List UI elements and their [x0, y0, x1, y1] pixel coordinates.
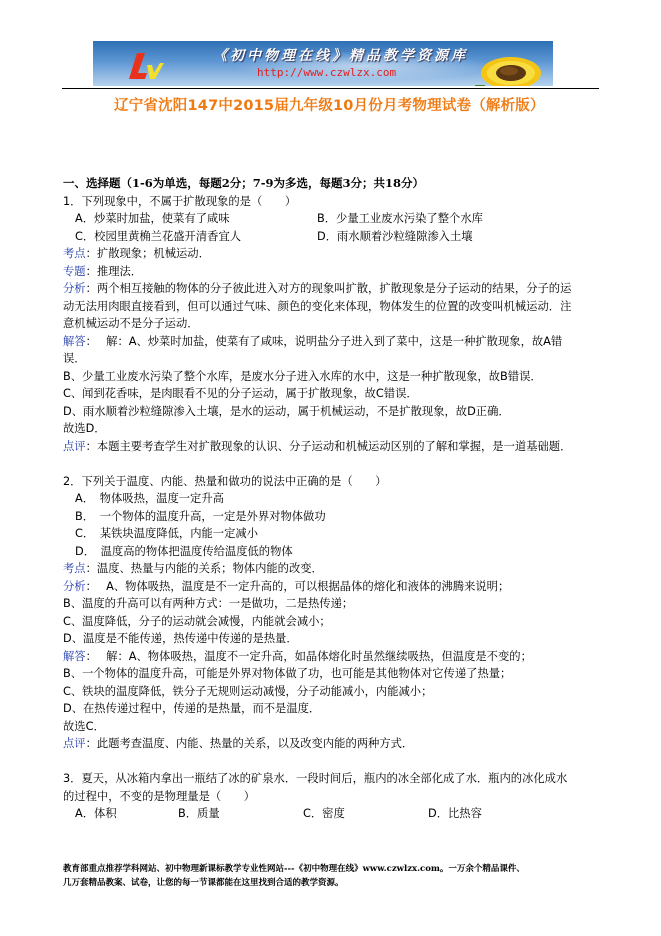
options-list: A． 物体吸热，温度一定升高 B． 一个物体的温度升高，一定是外界对物体做功 C…	[63, 490, 603, 560]
fenxi-label: 分析	[63, 282, 86, 295]
kaodian-text: ：扩散现象；机械运动．	[86, 247, 210, 260]
option-a: A． 物体吸热，温度一定升高	[75, 490, 603, 508]
dianping-label: 点评	[63, 737, 86, 750]
site-banner: 《初中物理在线》精品教学资源库 http://www.czwlzx.com	[93, 41, 553, 86]
spacer	[63, 753, 603, 771]
jieda-line: 误．	[63, 350, 603, 368]
jieda-line: C、铁块的温度降低，铁分子无规则运动减慢，分子动能减小，内能减小；	[63, 683, 603, 701]
document-body: 一、选择题（1-6为单选，每题2分；7-9为多选，每题3分；共18分） 1．下列…	[63, 175, 603, 823]
zhuanti-label: 专题	[63, 265, 86, 278]
option-d: D．比热容	[428, 805, 482, 823]
dianping: 点评：本题主要考查学生对扩散现象的认识、分子运动和机械运动区别的了解和掌握，是一…	[63, 438, 603, 456]
jieda-text: ： 解：A、炒菜时加盐，使菜有了咸味，说明盐分子进入到了菜中，这是一种扩散现象，…	[86, 335, 563, 348]
jieda: 解答： 解：A、物体吸热，温度不一定升高，如晶体熔化时虽然继续吸热，但温度是不变…	[63, 648, 603, 666]
kaodian-label: 考点	[63, 247, 86, 260]
option-c: C．校园里黄桷兰花盛开清香宜人	[75, 228, 317, 246]
question-stem: 3．夏天，从冰箱内拿出一瓶结了冰的矿泉水．一段时间后，瓶内的冰全部化成了水．瓶内…	[63, 770, 603, 788]
fenxi: 分析：两个相互接触的物体的分子彼此进入对方的现象叫扩散，扩散现象是分子运动的结果…	[63, 280, 603, 298]
options-row: C．校园里黄桷兰花盛开清香宜人 D．雨水顺着沙粒缝隙渗入土壤	[63, 228, 603, 246]
option-d: D．雨水顺着沙粒缝隙渗入土壤	[317, 228, 559, 246]
question-3: 3．夏天，从冰箱内拿出一瓶结了冰的矿泉水．一段时间后，瓶内的冰全部化成了水．瓶内…	[63, 770, 603, 823]
jieda-line: 故选C．	[63, 718, 603, 736]
lv-logo-icon	[125, 51, 165, 81]
kaodian: 考点：温度、热量与内能的关系；物体内能的改变．	[63, 560, 603, 578]
dianping: 点评：此题考查温度、内能、热量的关系，以及改变内能的两种方式．	[63, 735, 603, 753]
option-c: C．密度	[303, 805, 428, 823]
jieda-label: 解答	[63, 335, 86, 348]
header-divider	[62, 88, 599, 89]
dianping-label: 点评	[63, 440, 86, 453]
jieda: 解答： 解：A、炒菜时加盐，使菜有了咸味，说明盐分子进入到了菜中，这是一种扩散现…	[63, 333, 603, 351]
fenxi-text: ：两个相互接触的物体的分子彼此进入对方的现象叫扩散，扩散现象是分子运动的结果，分…	[86, 282, 572, 295]
dianping-text: ：本题主要考查学生对扩散现象的认识、分子运动和机械运动区别的了解和掌握，是一道基…	[86, 440, 572, 453]
option-a: A．体积	[75, 805, 178, 823]
option-b: B． 一个物体的温度升高，一定是外界对物体做功	[75, 508, 603, 526]
fenxi-line: C、温度降低，分子的运动就会减慢，内能就会减小；	[63, 613, 603, 631]
sunflower-icon	[471, 47, 545, 86]
question-1: 1．下列现象中，不属于扩散现象的是（ ） A．炒菜时加盐，使菜有了咸味 B．少量…	[63, 193, 603, 456]
fenxi-line: B、温度的升高可以有两种方式：一是做功，二是热传递；	[63, 595, 603, 613]
option-b: B．质量	[178, 805, 303, 823]
page-footer: 教育部重点推荐学科网站、初中物理新课标教学专业性网站---《初中物理在线》www…	[63, 862, 603, 890]
footer-line: 教育部重点推荐学科网站、初中物理新课标教学专业性网站---《初中物理在线》www…	[63, 862, 603, 876]
fenxi-line: D、温度是不能传递，热传递中传递的是热量．	[63, 630, 603, 648]
fenxi: 分析： A、物体吸热，温度是不一定升高的，可以根据晶体的熔化和液体的沸腾来说明；	[63, 578, 603, 596]
jieda-line: D、雨水顺着沙粒缝隙渗入土壤，是水的运动，属于机械运动，不是扩散现象，故D正确．	[63, 403, 603, 421]
option-b: B．少量工业废水污染了整个水库	[317, 210, 559, 228]
options-row: A．炒菜时加盐，使菜有了咸味 B．少量工业废水污染了整个水库	[63, 210, 603, 228]
spacer	[63, 455, 603, 473]
kaodian-label: 考点	[63, 562, 86, 575]
section-heading: 一、选择题（1-6为单选，每题2分；7-9为多选，每题3分；共18分）	[63, 175, 603, 193]
option-d: D． 温度高的物体把温度传给温度低的物体	[75, 543, 603, 561]
option-c: C． 某铁块温度降低，内能一定减小	[75, 525, 603, 543]
banner-url: http://www.czwlzx.com	[257, 66, 396, 79]
fenxi-line: 动无法用肉眼直接看到，但可以通过气味、颜色的变化来体现，物体发生的位置的改变叫机…	[63, 298, 603, 316]
document-title: 辽宁省沈阳147中2015届九年级10月份月考物理试卷（解析版）	[114, 94, 545, 115]
question-stem-line: 的过程中，不变的是物理量是（ ）	[63, 788, 603, 806]
jieda-text: ： 解：A、物体吸热，温度不一定升高，如晶体熔化时虽然继续吸热，但温度是不变的；	[86, 650, 532, 663]
question-2: 2．下列关于温度、内能、热量和做功的说法中正确的是（ ） A． 物体吸热，温度一…	[63, 473, 603, 753]
fenxi-label: 分析	[63, 580, 86, 593]
fenxi-line: 意机械运动不是分子运动．	[63, 315, 603, 333]
option-a: A．炒菜时加盐，使菜有了咸味	[75, 210, 317, 228]
options-row: A．体积 B．质量 C．密度 D．比热容	[63, 805, 603, 823]
question-stem: 1．下列现象中，不属于扩散现象的是（ ）	[63, 193, 603, 211]
jieda-line: C、闻到花香味，是肉眼看不见的分子运动，属于扩散现象，故C错误．	[63, 385, 603, 403]
question-stem: 2．下列关于温度、内能、热量和做功的说法中正确的是（ ）	[63, 473, 603, 491]
kaodian: 考点：扩散现象；机械运动．	[63, 245, 603, 263]
jieda-line: 故选D．	[63, 420, 603, 438]
kaodian-text: ：温度、热量与内能的关系；物体内能的改变．	[86, 562, 323, 575]
dianping-text: ：此题考查温度、内能、热量的关系，以及改变内能的两种方式．	[86, 737, 414, 750]
jieda-label: 解答	[63, 650, 86, 663]
footer-line: 几万套精品教案、试卷，让您的每一节课都能在这里找到合适的教学资源。	[63, 876, 603, 890]
jieda-line: B、一个物体的温度升高，可能是外界对物体做了功，也可能是其他物体对它传递了热量；	[63, 665, 603, 683]
banner-title: 《初中物理在线》精品教学资源库	[213, 45, 468, 65]
jieda-line: B、少量工业废水污染了整个水库，是废水分子进入水库的水中，这是一种扩散现象，故B…	[63, 368, 603, 386]
zhuanti: 专题：推理法．	[63, 263, 603, 281]
fenxi-text: ： A、物体吸热，温度是不一定升高的，可以根据晶体的熔化和液体的沸腾来说明；	[86, 580, 510, 593]
jieda-line: D、在热传递过程中，传递的是热量，而不是温度．	[63, 700, 603, 718]
zhuanti-text: ：推理法．	[86, 265, 143, 278]
